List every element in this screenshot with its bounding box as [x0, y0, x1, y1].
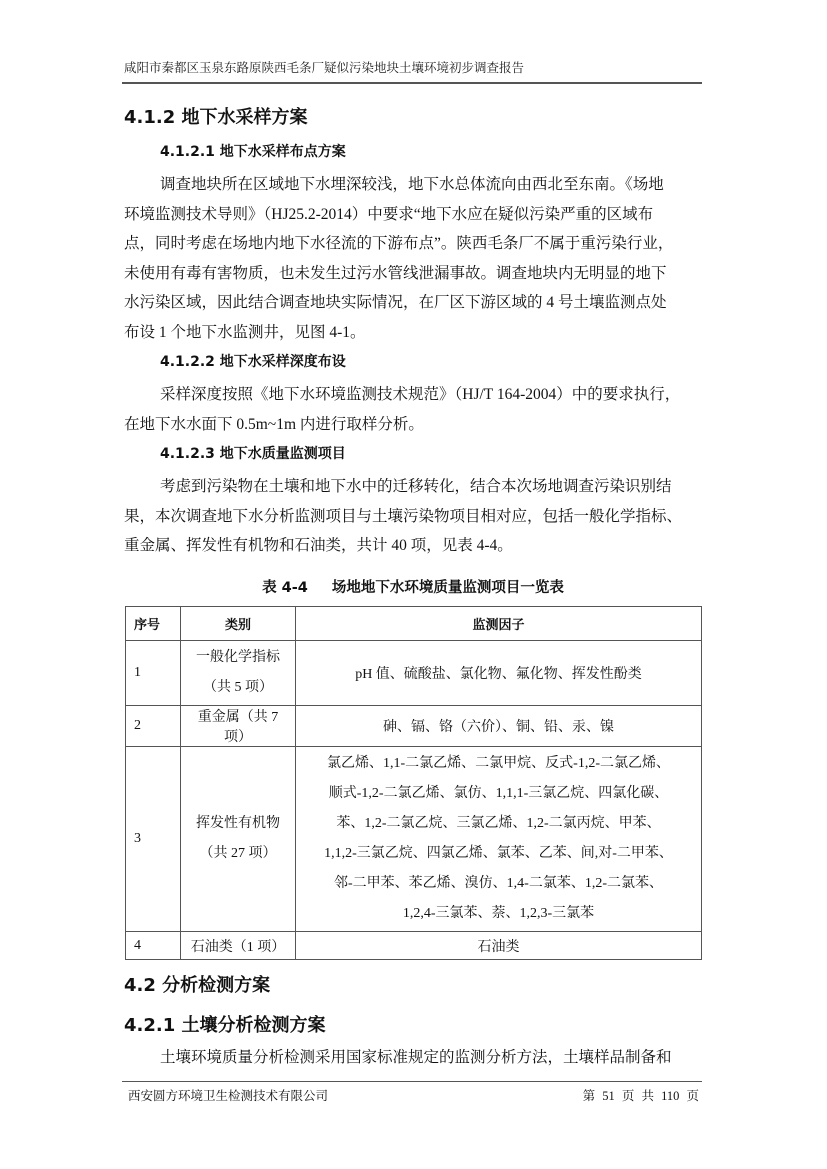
cell-category: 重金属（共 7 项）	[181, 706, 296, 747]
cell-number: 4	[126, 932, 181, 960]
table-row: 2 重金属（共 7 项） 砷、镉、铬（六价）、铜、铅、汞、镍	[126, 706, 702, 747]
cell-number: 3	[126, 747, 181, 932]
heading-4-1-2: 4.1.2 地下水采样方案	[124, 103, 308, 129]
text-line: 点，同时考虑在场地内地下水径流的下游布点”。陕西毛条厂不属于重污染行业，	[124, 229, 702, 259]
paragraph-monitoring-items: 考虑到污染物在土壤和地下水中的迁移转化，结合本次场地调查污染识别结 果，本次调查…	[124, 472, 702, 561]
table-row: 3 挥发性有机物 （共 27 项） 氯乙烯、1,1-二氯乙烯、二氯甲烷、反式-1…	[126, 747, 702, 932]
footer-company: 西安圆方环境卫生检测技术有限公司	[128, 1086, 328, 1104]
cell-number: 2	[126, 706, 181, 747]
footer-divider	[122, 1081, 702, 1082]
column-header-number: 序号	[126, 607, 181, 641]
heading-4-2-1: 4.2.1 土壤分析检测方案	[124, 1011, 326, 1037]
text-line: 重金属、挥发性有机物和石油类，共计 40 项，见表 4-4。	[124, 531, 702, 561]
text-line: 土壤环境质量分析检测采用国家标准规定的监测分析方法，土壤样品制备和	[124, 1043, 702, 1073]
paragraph-sampling-depth: 采样深度按照《地下水环境监测技术规范》（HJ/T 164-2004）中的要求执行…	[124, 380, 702, 439]
paragraph-sampling-layout: 调查地块所在区域地下水埋深较浅，地下水总体流向由西北至东南。《场地 环境监测技术…	[124, 170, 702, 347]
cell-category: 一般化学指标 （共 5 项）	[181, 641, 296, 706]
column-header-category: 类别	[181, 607, 296, 641]
text-line: 环境监测技术导则》（HJ25.2-2014）中要求“地下水应在疑似污染严重的区域…	[124, 200, 702, 230]
text-line: 果，本次调查地下水分析监测项目与土壤污染物项目相对应，包括一般化学指标、	[124, 502, 702, 532]
paragraph-soil-analysis: 土壤环境质量分析检测采用国家标准规定的监测分析方法，土壤样品制备和	[124, 1043, 702, 1073]
table-caption-title: 场地地下水环境质量监测项目一览表	[332, 580, 564, 596]
text-line: 未使用有毒有害物质，也未发生过污水管线泄漏事故。调查地块内无明显的地下	[124, 259, 702, 289]
column-header-factors: 监测因子	[296, 607, 702, 641]
table-row: 1 一般化学指标 （共 5 项） pH 值、硫酸盐、氯化物、氟化物、挥发性酚类	[126, 641, 702, 706]
text-line: 考虑到污染物在土壤和地下水中的迁移转化，结合本次场地调查污染识别结	[124, 472, 702, 502]
page-header-title: 咸阳市秦都区玉泉东路原陕西毛条厂疑似污染地块土壤环境初步调查报告	[124, 58, 702, 76]
table-row: 4 石油类（1 项） 石油类	[126, 932, 702, 960]
table-header-row: 序号 类别 监测因子	[126, 607, 702, 641]
cell-factors: 砷、镉、铬（六价）、铜、铅、汞、镍	[296, 706, 702, 747]
heading-4-1-2-1: 4.1.2.1 地下水采样布点方案	[160, 141, 346, 161]
cell-factors: 石油类	[296, 932, 702, 960]
footer-page-number: 第 51 页 共 110 页	[583, 1086, 699, 1104]
text-line: 水污染区域，因此结合调查地块实际情况，在厂区下游区域的 4 号土壤监测点处	[124, 288, 702, 318]
table-caption-number: 表 4-4	[262, 580, 308, 596]
cell-category: 石油类（1 项）	[181, 932, 296, 960]
text-line: 在地下水水面下 0.5m~1m 内进行取样分析。	[124, 410, 702, 440]
monitoring-items-table: 序号 类别 监测因子 1 一般化学指标 （共 5 项） pH 值、硫酸盐、氯化物…	[125, 606, 702, 960]
cell-category: 挥发性有机物 （共 27 项）	[181, 747, 296, 932]
text-line: 布设 1 个地下水监测井，见图 4-1。	[124, 318, 702, 348]
text-line: 调查地块所在区域地下水埋深较浅，地下水总体流向由西北至东南。《场地	[124, 170, 702, 200]
table-caption: 表 4-4场地地下水环境质量监测项目一览表	[124, 576, 702, 597]
heading-4-2: 4.2 分析检测方案	[124, 971, 270, 997]
text-line: 采样深度按照《地下水环境监测技术规范》（HJ/T 164-2004）中的要求执行…	[124, 380, 702, 410]
heading-4-1-2-2: 4.1.2.2 地下水采样深度布设	[160, 351, 346, 371]
cell-factors: pH 值、硫酸盐、氯化物、氟化物、挥发性酚类	[296, 641, 702, 706]
cell-factors: 氯乙烯、1,1-二氯乙烯、二氯甲烷、反式-1,2-二氯乙烯、 顺式-1,2-二氯…	[296, 747, 702, 932]
cell-number: 1	[126, 641, 181, 706]
header-divider	[122, 82, 702, 84]
heading-4-1-2-3: 4.1.2.3 地下水质量监测项目	[160, 443, 346, 463]
